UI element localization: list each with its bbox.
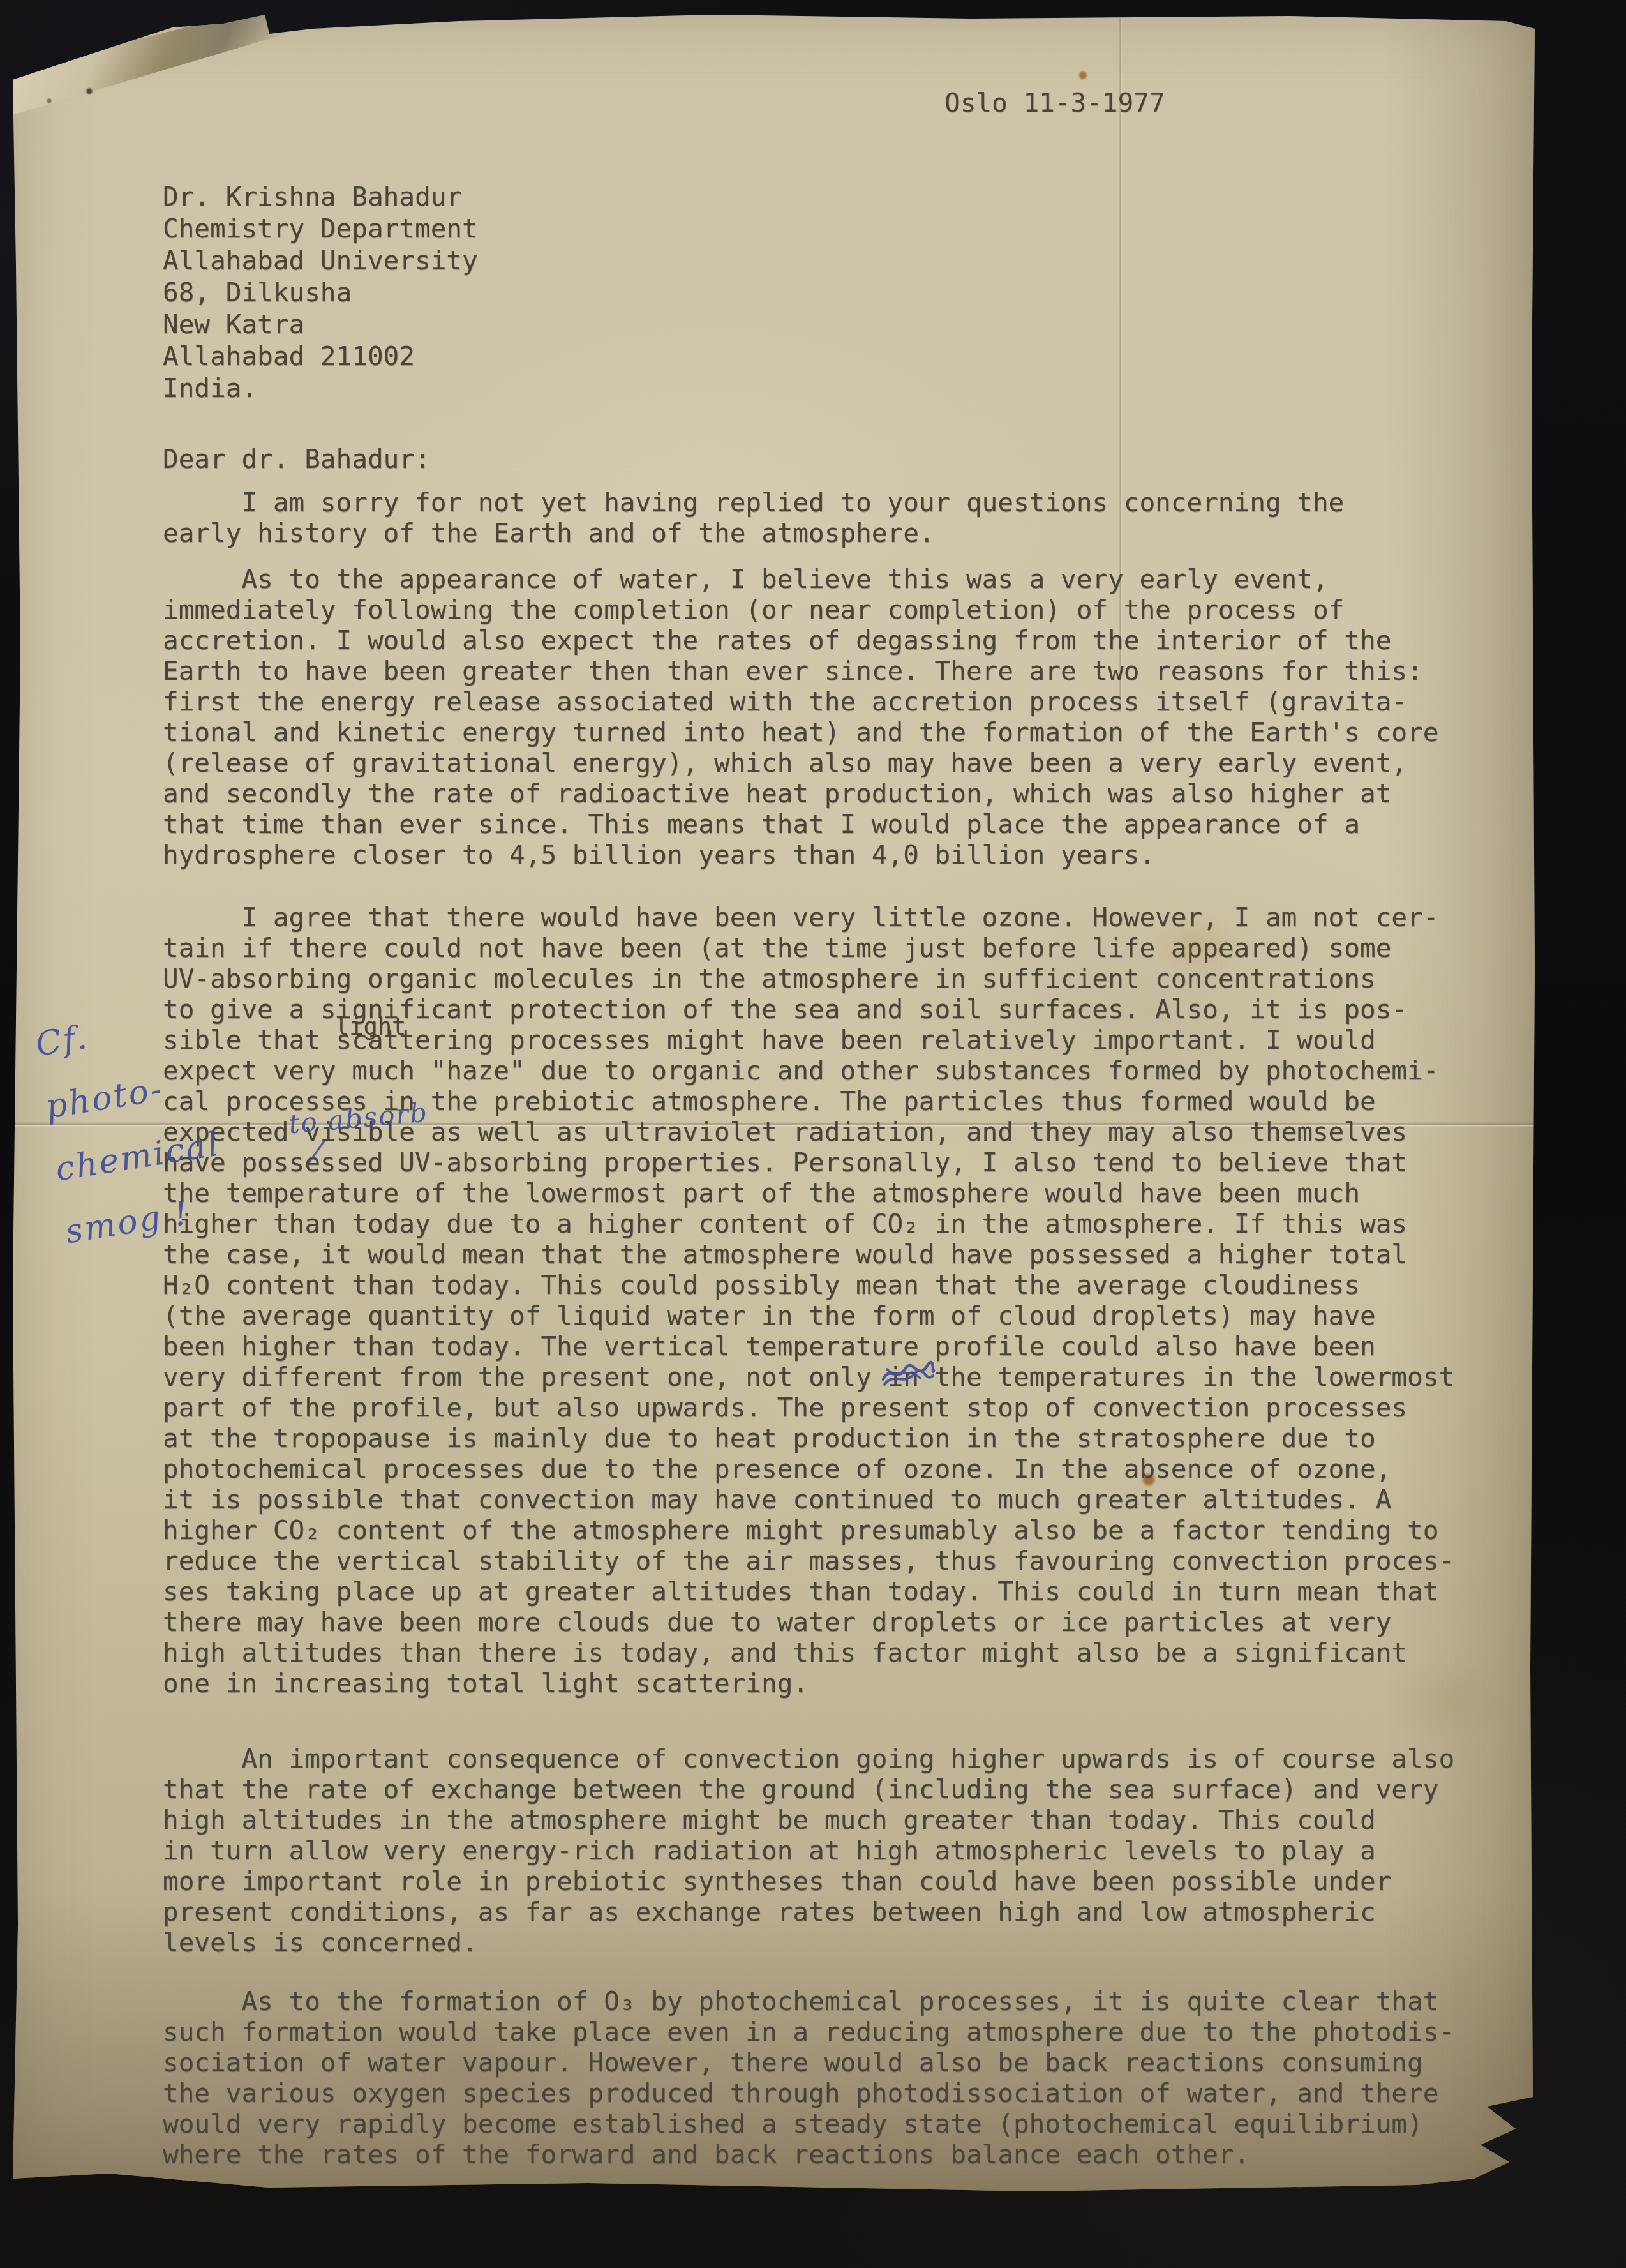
ink-strikethrough-scribble xyxy=(881,1360,936,1390)
recipient-address: Dr. Krishna Bahadur Chemistry Department… xyxy=(163,181,478,404)
paragraph-4: An important consequence of convection g… xyxy=(163,1743,1477,1958)
typed-insertion-light: light xyxy=(335,1013,406,1040)
paragraph-2: As to the appearance of water, I believe… xyxy=(163,564,1477,870)
salutation: Dear dr. Bahadur: xyxy=(163,444,1477,474)
margin-note-photochemical-smog: Cf. photo- chemical smog ! xyxy=(31,984,260,1264)
letter-date: Oslo 11-3-1977 xyxy=(944,87,1165,118)
paragraph-1: I am sorry for not yet having replied to… xyxy=(163,487,1477,548)
scan-background: Oslo 11-3-1977 Dr. Krishna Bahadur Chemi… xyxy=(0,0,1626,2268)
letter-page: Oslo 11-3-1977 Dr. Krishna Bahadur Chemi… xyxy=(13,10,1535,2193)
letter-body: Dear dr. Bahadur: I am sorry for not yet… xyxy=(163,444,1477,2170)
paragraph-5: As to the formation of O₃ by photochemic… xyxy=(163,1986,1477,2170)
